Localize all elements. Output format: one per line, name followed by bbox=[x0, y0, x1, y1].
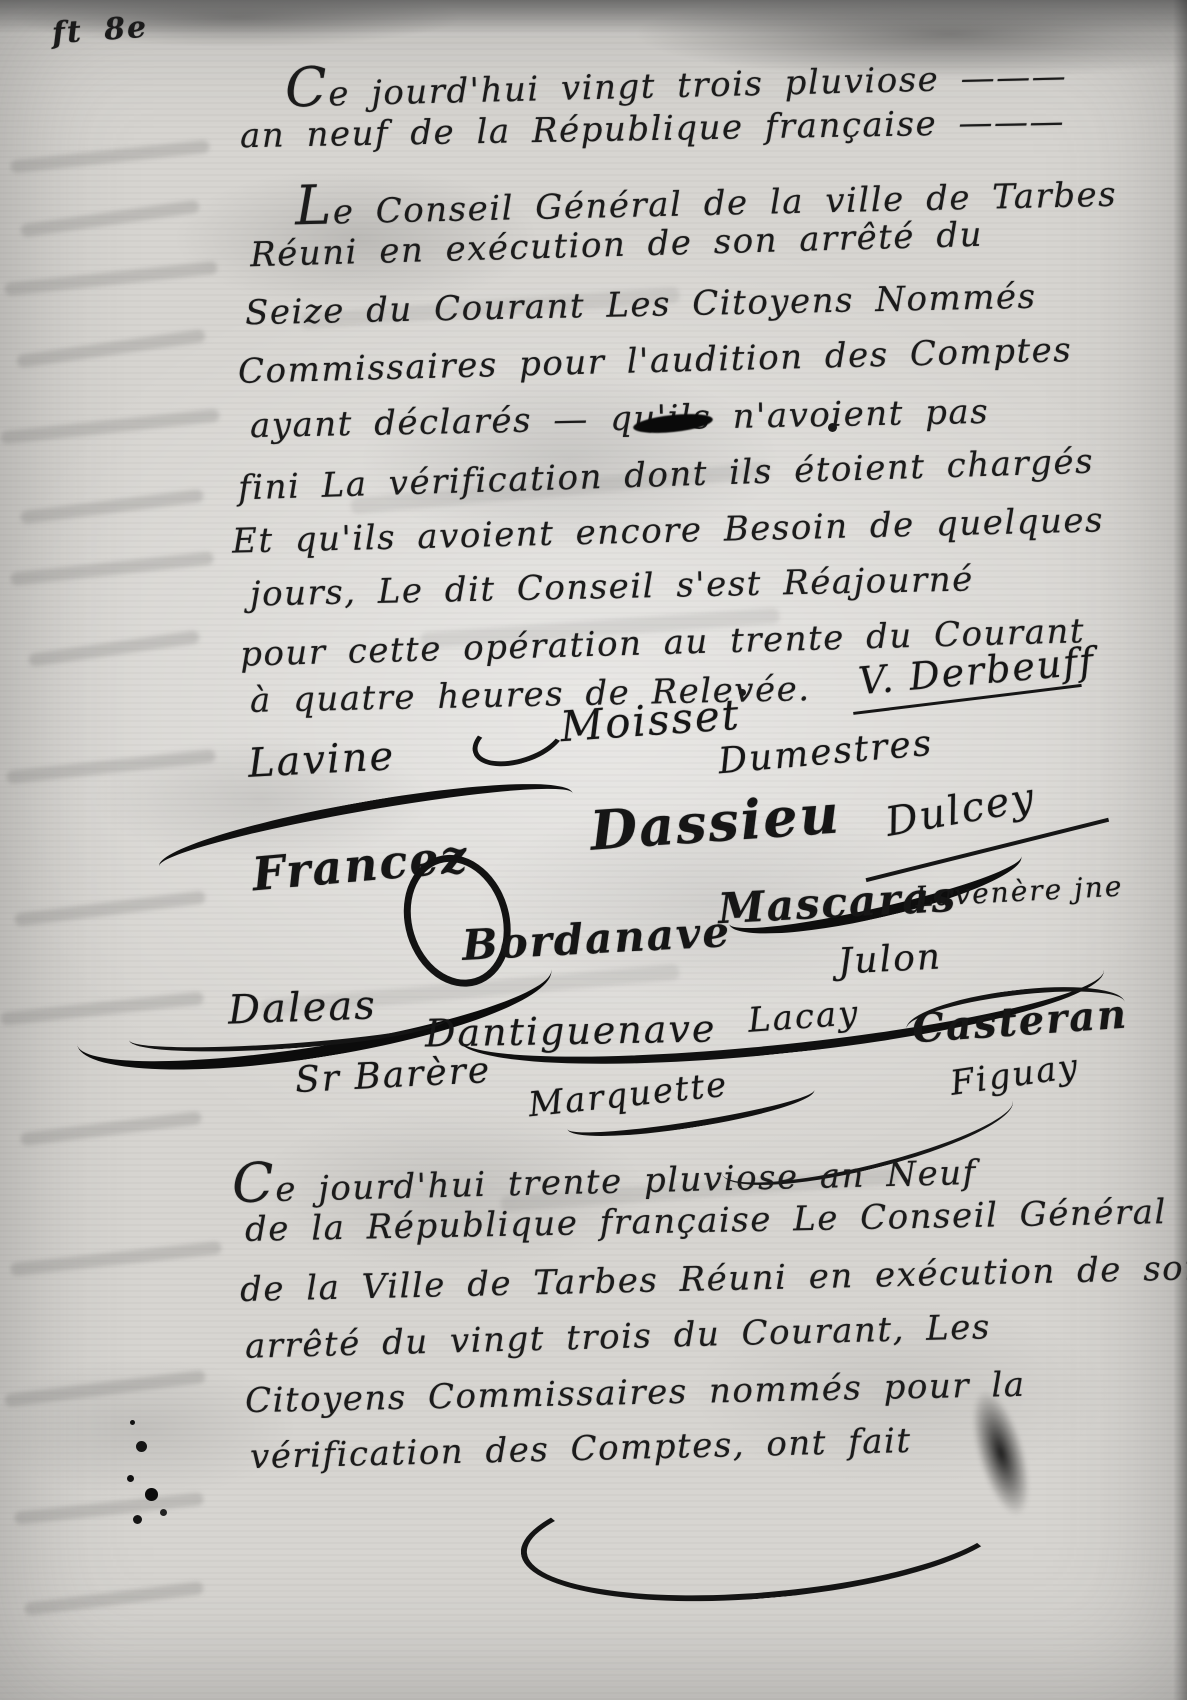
ghost-bleedthrough bbox=[20, 1111, 202, 1146]
ghost-bleedthrough bbox=[6, 749, 216, 784]
manuscript-line: Commissaires pour l'audition des Comptes bbox=[238, 333, 1073, 389]
manuscript-line: Seize du Courant Les Citoyens Nommés bbox=[245, 280, 1037, 331]
ghost-bleedthrough bbox=[20, 489, 204, 524]
signature-dumestres: Dumestres bbox=[717, 726, 935, 781]
ink-specks bbox=[130, 1420, 135, 1425]
ghost-bleedthrough bbox=[28, 630, 200, 667]
manuscript-line: jours, Le dit Conseil s'est Réajourné bbox=[250, 562, 974, 611]
ghost-bleedthrough bbox=[20, 200, 200, 238]
ghost-bleedthrough bbox=[14, 890, 206, 926]
manuscript-line: Citoyens Commissaires nommés pour la bbox=[245, 1368, 1026, 1418]
ghost-bleedthrough bbox=[14, 1492, 204, 1525]
manuscript-line: Et qu'ils avoient encore Besoin de quelq… bbox=[232, 503, 1105, 558]
signature-figuay: Figuay bbox=[948, 1049, 1081, 1101]
signature-julon: Julon bbox=[837, 939, 943, 980]
signature-lavenere: Lavenère jne bbox=[914, 873, 1124, 912]
signature-bordanave: Bordanave bbox=[461, 911, 732, 967]
pen-flourish bbox=[515, 1445, 1017, 1619]
signature-barere: Sr Barère bbox=[294, 1053, 492, 1099]
manuscript-line: ayant déclarés — qu'ils n'avoient pas bbox=[250, 395, 990, 443]
scan-right-edge bbox=[1173, 0, 1187, 1700]
signature-dassieu: Dassieu bbox=[588, 786, 842, 857]
signature-lavine: Lavine bbox=[247, 736, 396, 784]
signature-daleas: Daleas bbox=[227, 985, 377, 1030]
signature-dulcey: Dulcey bbox=[883, 777, 1039, 843]
manuscript-page: ft 8e Ce jourd'hui vingt trois pluviose … bbox=[0, 0, 1187, 1700]
ghost-bleedthrough bbox=[24, 1581, 204, 1616]
signature-moisset: Moisset bbox=[559, 694, 742, 748]
signature-casteran: Casteran bbox=[911, 995, 1130, 1050]
signature-marquette: Marquette bbox=[527, 1068, 730, 1123]
ghost-bleedthrough bbox=[16, 329, 206, 368]
manuscript-line: fini La vérification dont ils étoient ch… bbox=[238, 445, 1095, 506]
ghost-bleedthrough bbox=[0, 409, 220, 445]
folio-label: ft 8e bbox=[51, 13, 149, 50]
ghost-bleedthrough bbox=[4, 261, 218, 296]
scan-top-edge bbox=[0, 0, 1187, 34]
signature-dantiguenave: Dantiguenave bbox=[425, 1009, 717, 1052]
ghost-bleedthrough bbox=[10, 1241, 222, 1276]
ghost-bleedthrough bbox=[10, 140, 210, 174]
manuscript-line: de la Ville de Tarbes Réuni en exécution… bbox=[240, 1251, 1187, 1307]
ghost-bleedthrough bbox=[10, 551, 214, 585]
ghost-bleedthrough bbox=[4, 1370, 206, 1408]
signature-lacay: Lacay bbox=[747, 996, 860, 1038]
manuscript-line: arrêté du vingt trois du Courant, Les bbox=[245, 1310, 992, 1364]
